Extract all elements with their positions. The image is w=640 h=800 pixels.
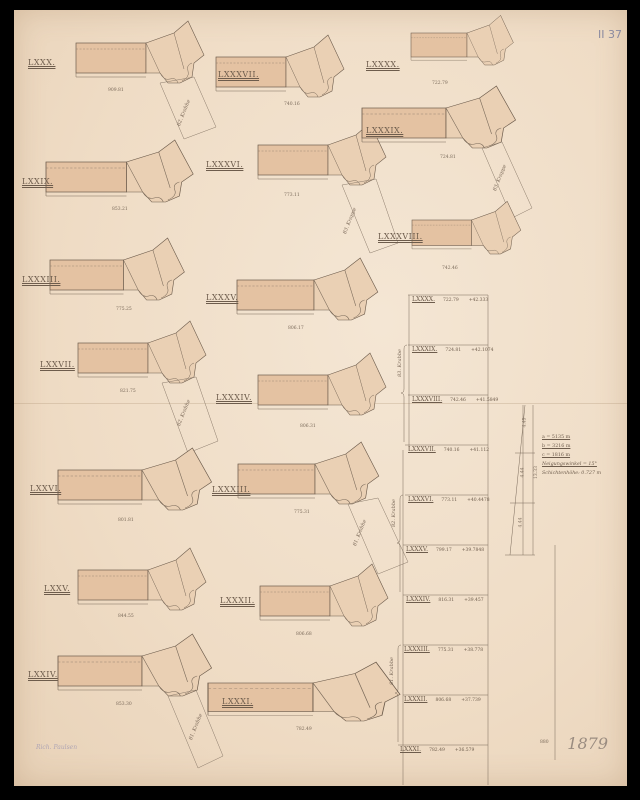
stack-note-bottom: 81. Krabbe bbox=[389, 657, 395, 685]
stack-row: LXXXI.782.49+36.579 bbox=[400, 746, 474, 753]
corbel-measure: 844.55 bbox=[118, 614, 134, 619]
corbel-measure: 724.81 bbox=[440, 155, 456, 160]
corbel-label: LXXVII. bbox=[40, 360, 75, 369]
slope-dim: 4.44 bbox=[521, 467, 526, 477]
stack-note-top: 83. Krabbe bbox=[397, 349, 403, 377]
legend-b: b = 3216 m bbox=[542, 442, 601, 451]
signature: Rich. Paulsen bbox=[36, 744, 77, 751]
corbel-label: LXXXIV. bbox=[216, 393, 252, 402]
corbel-label: LXXXI. bbox=[222, 697, 253, 706]
corbel-measure: 782.49 bbox=[296, 727, 312, 732]
corbel-label: LXXXX. bbox=[366, 60, 400, 69]
corbel-measure: 722.79 bbox=[432, 81, 448, 86]
corbel-measure: 853.21 bbox=[112, 207, 128, 212]
corbel-measure: 775.31 bbox=[294, 510, 310, 515]
corbel-measure: 853.30 bbox=[116, 702, 132, 707]
slope-dim: 4.45 bbox=[523, 417, 528, 427]
stack-note-mid: 82. Krabbe bbox=[391, 499, 397, 527]
corbel-measure: 909.81 bbox=[108, 88, 124, 93]
corbel-label: LXXXVII. bbox=[218, 70, 259, 79]
corbel-measure: 806.17 bbox=[288, 326, 304, 331]
corbel-label: LXXXIII. bbox=[22, 275, 60, 284]
corbel-label: LXXIX. bbox=[22, 177, 53, 186]
sheet-number: II 37 bbox=[598, 28, 622, 41]
corbel-drawings: .st { fill: #e4c2a2; stroke: #6d5c4c; st… bbox=[0, 0, 640, 800]
year-annotation: 1879 bbox=[567, 734, 608, 753]
stack-row: LXXXIII.775.31+38.778 bbox=[404, 646, 483, 653]
stack-row: LXXXIX.724.81+42.1074 bbox=[412, 346, 494, 353]
stack-row: LXXXX.722.79+42.333 bbox=[412, 296, 488, 303]
base-mark: 880 bbox=[540, 740, 549, 745]
corbel-label: LXXVI. bbox=[30, 484, 61, 493]
stack-row: LXXXII.806.68+37.739 bbox=[404, 696, 481, 703]
corbel-measure: 806.68 bbox=[296, 632, 312, 637]
corbel-label: LXXXVI. bbox=[206, 160, 243, 169]
stack-row: LXXXVII.740.16+41.112 bbox=[408, 446, 489, 453]
corbel-measure: 740.16 bbox=[284, 102, 300, 107]
corbel-label: LXXXIX. bbox=[366, 126, 403, 135]
corbel-label: LXXXV. bbox=[206, 293, 238, 302]
stack-row: LXXXIV.816.31+39.457 bbox=[406, 596, 484, 603]
corbel-measure: 806.31 bbox=[300, 424, 316, 429]
corbel-measure: 821.75 bbox=[120, 389, 136, 394]
corbel-label: LXXXVIII. bbox=[378, 232, 423, 241]
corbel-label: LXXX. bbox=[28, 58, 55, 67]
corbel-measure: 801.81 bbox=[118, 518, 134, 523]
legend-course-height: Schichtenhöhe: 0.727 m bbox=[542, 469, 601, 478]
corbel-measure: 742.46 bbox=[442, 266, 458, 271]
corbel-measure: 775.25 bbox=[116, 307, 132, 312]
slope-total: 13.33 bbox=[534, 466, 539, 479]
corbel-label: LXXXIII. bbox=[212, 485, 250, 494]
legend-a: a = 5135 m bbox=[542, 433, 601, 442]
corbel-label: LXXXII. bbox=[220, 596, 255, 605]
slope-dim: 4.44 bbox=[519, 517, 524, 527]
corbel-measure: 773.11 bbox=[284, 193, 300, 198]
stack-row: LXXXVI.773.11+40.4478 bbox=[408, 496, 490, 503]
legend-angle: Neigungswinkel = 15° bbox=[542, 460, 601, 469]
legend-c: c = 1816 m bbox=[542, 451, 601, 460]
stack-row: LXXXVIII.742.46+41.5849 bbox=[412, 396, 498, 403]
stack-row: LXXXV.799.17+39.7848 bbox=[406, 546, 484, 553]
corbel-label: LXXV. bbox=[44, 584, 70, 593]
slope-legend: a = 5135 m b = 3216 m c = 1816 m Neigung… bbox=[542, 433, 601, 478]
elevation-stack bbox=[395, 295, 488, 785]
corbel-label: LXXIV. bbox=[28, 670, 58, 679]
